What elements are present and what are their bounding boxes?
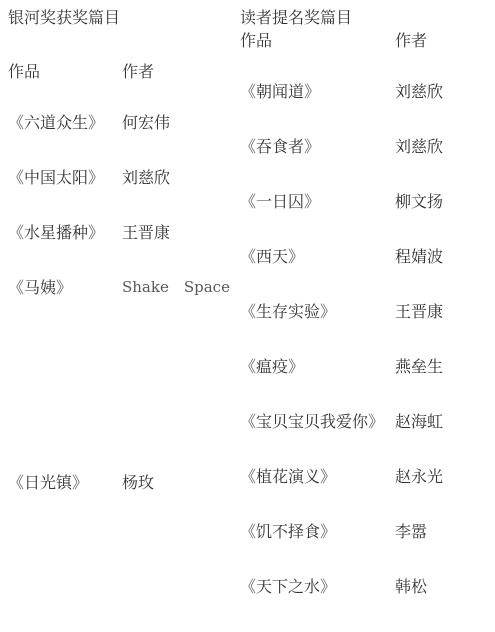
work-cell: 《西天》 bbox=[240, 247, 395, 302]
author-cell: 赵永光 bbox=[395, 467, 495, 522]
galaxy-award-table-section: 银河奖获奖篇目 作品 作者 《六道众生》何宏伟《中国太阳》刘慈欣《水星播种》王晋… bbox=[8, 8, 240, 632]
work-column-header: 作品 bbox=[8, 62, 122, 113]
author-cell: 刘慈欣 bbox=[395, 137, 495, 192]
work-cell: 《中国太阳》 bbox=[8, 168, 122, 223]
table-row: 《日光镇》杨玫 bbox=[8, 333, 240, 632]
author-cell: 燕垒生 bbox=[395, 357, 495, 412]
author-cell: 韩松 bbox=[395, 577, 495, 632]
author-cell: 王晋康 bbox=[395, 302, 495, 357]
table-row: 《吞食者》刘慈欣 bbox=[240, 137, 495, 192]
author-cell: Shake Space bbox=[122, 278, 240, 333]
table-row: 《六道众生》何宏伟 bbox=[8, 113, 240, 168]
work-cell: 《瘟疫》 bbox=[240, 357, 395, 412]
table-row: 《瘟疫》燕垒生 bbox=[240, 357, 495, 412]
table-row: 《水星播种》王晋康 bbox=[8, 223, 240, 278]
table-row: 《植花演义》赵永光 bbox=[240, 467, 495, 522]
work-cell: 《六道众生》 bbox=[8, 113, 122, 168]
reader-nomination-table: 作品 作者 《朝闻道》刘慈欣《吞食者》刘慈欣《一日囚》柳文扬《西天》程婧波《生存… bbox=[240, 31, 495, 632]
work-cell: 《宝贝宝贝我爱你》 bbox=[240, 412, 395, 467]
work-cell: 《生存实验》 bbox=[240, 302, 395, 357]
author-cell: 刘慈欣 bbox=[122, 168, 240, 223]
author-column-header: 作者 bbox=[122, 62, 240, 113]
author-cell: 柳文扬 bbox=[395, 192, 495, 247]
galaxy-award-table: 作品 作者 《六道众生》何宏伟《中国太阳》刘慈欣《水星播种》王晋康《马姨》Sha… bbox=[8, 62, 240, 632]
table-row: 《宝贝宝贝我爱你》赵海虹 bbox=[240, 412, 495, 467]
table-row: 《饥不择食》李嚣 bbox=[240, 522, 495, 577]
work-cell: 《植花演义》 bbox=[240, 467, 395, 522]
author-column-header: 作者 bbox=[395, 31, 495, 82]
galaxy-award-title: 银河奖获奖篇目 bbox=[8, 8, 240, 62]
work-cell: 《朝闻道》 bbox=[240, 82, 395, 137]
header-row: 作品 作者 bbox=[240, 31, 495, 82]
table-row: 《朝闻道》刘慈欣 bbox=[240, 82, 495, 137]
work-cell: 《一日囚》 bbox=[240, 192, 395, 247]
work-cell: 《吞食者》 bbox=[240, 137, 395, 192]
author-cell: 杨玫 bbox=[122, 333, 240, 632]
work-column-header: 作品 bbox=[240, 31, 395, 82]
author-cell: 何宏伟 bbox=[122, 113, 240, 168]
table-row: 《西天》程婧波 bbox=[240, 247, 495, 302]
author-cell: 刘慈欣 bbox=[395, 82, 495, 137]
work-cell: 《马姨》 bbox=[8, 278, 122, 333]
author-cell: 王晋康 bbox=[122, 223, 240, 278]
work-cell: 《日光镇》 bbox=[8, 333, 122, 632]
table-row: 《天下之水》韩松 bbox=[240, 577, 495, 632]
table-row: 《一日囚》柳文扬 bbox=[240, 192, 495, 247]
author-cell: 赵海虹 bbox=[395, 412, 495, 467]
table-row: 《马姨》Shake Space bbox=[8, 278, 240, 333]
reader-nomination-title: 读者提名奖篇目 bbox=[240, 8, 495, 31]
awards-page: 银河奖获奖篇目 作品 作者 《六道众生》何宏伟《中国太阳》刘慈欣《水星播种》王晋… bbox=[0, 0, 495, 632]
header-row: 作品 作者 bbox=[8, 62, 240, 113]
reader-nomination-table-section: 读者提名奖篇目 作品 作者 《朝闻道》刘慈欣《吞食者》刘慈欣《一日囚》柳文扬《西… bbox=[240, 8, 495, 632]
work-cell: 《水星播种》 bbox=[8, 223, 122, 278]
work-cell: 《饥不择食》 bbox=[240, 522, 395, 577]
author-cell: 程婧波 bbox=[395, 247, 495, 302]
work-cell: 《天下之水》 bbox=[240, 577, 395, 632]
table-row: 《中国太阳》刘慈欣 bbox=[8, 168, 240, 223]
author-cell: 李嚣 bbox=[395, 522, 495, 577]
table-row: 《生存实验》王晋康 bbox=[240, 302, 495, 357]
